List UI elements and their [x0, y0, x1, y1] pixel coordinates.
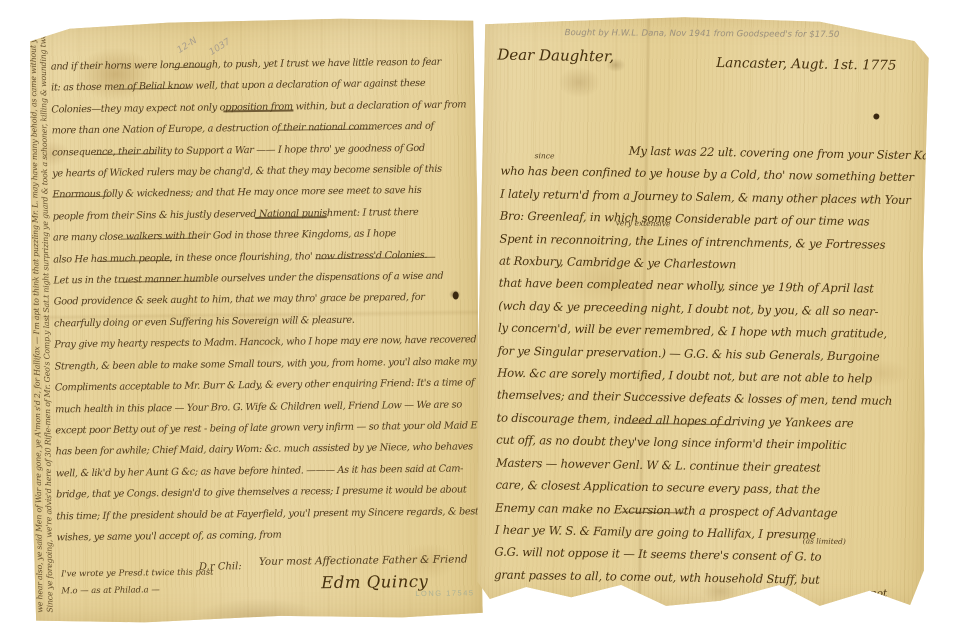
signature: Edm Quincy [321, 572, 428, 592]
letter-body-left: and if their horns were long enough, to … [51, 51, 473, 548]
postscript-line: I've wrote ye Presd.t twice this past [61, 567, 214, 579]
letter-page-left: we hear also, ye said Men of War are gon… [24, 15, 483, 626]
interline-insert: (as limited) [803, 536, 846, 546]
manuscript-line: wishes, ye same you'l accept of, as comi… [57, 522, 473, 548]
ink-blot [873, 113, 879, 119]
dealer-pencil-note: Bought by H.W.L. Dana, Nov 1941 from Goo… [565, 28, 905, 40]
postscript-line: M.o — as at Philad.a — [61, 584, 160, 595]
letter-body-right: My last was 22 ult. covering one from yo… [494, 138, 921, 593]
scanned-letter: we hear also, ye said Men of War are gon… [0, 0, 960, 636]
dateline: Lancaster, Augt. 1st. 1775 [716, 55, 896, 74]
catchword: not [870, 587, 887, 599]
interline-insert: very extensive [616, 218, 671, 228]
interline-insert: since [535, 151, 555, 160]
closing-line: Your most Affectionate Father & Friend [259, 553, 468, 568]
salutation: Dear Daughter, [497, 46, 614, 66]
letter-page-right: Bought by H.W.L. Dana, Nov 1941 from Goo… [472, 9, 933, 612]
pencil-mark: 12-N [176, 36, 199, 56]
catalog-stamp: LONG 17545 [415, 588, 474, 598]
dear-child-note: D.r Chil: [199, 561, 242, 573]
